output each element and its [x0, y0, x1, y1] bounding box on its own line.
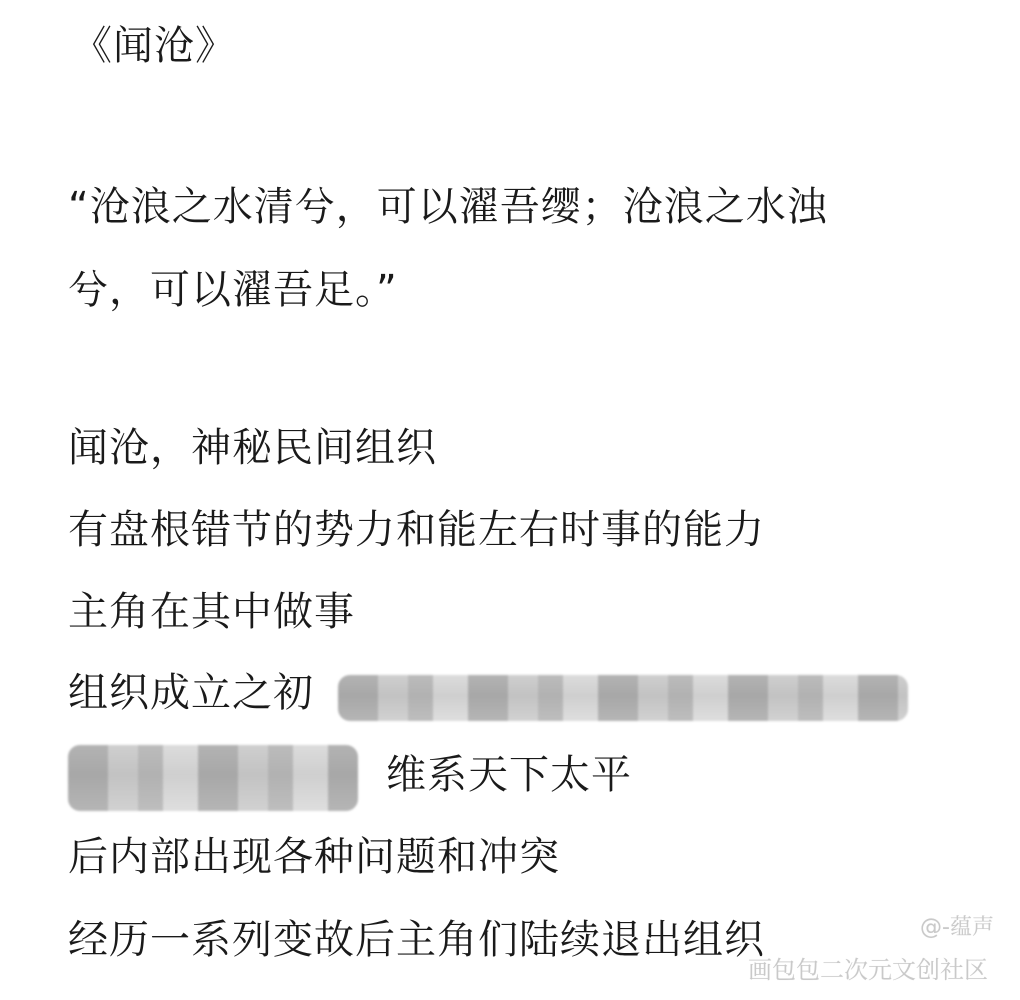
watermark-author: @-蕴声	[920, 910, 994, 941]
body-line: 后内部出现各种问题和冲突	[68, 833, 560, 881]
body-line: 闻沧，神秘民间组织	[68, 424, 437, 472]
body-line: 主角在其中做事	[68, 588, 355, 636]
body-line: 经历一系列变故后主角们陆续退出组织	[68, 916, 765, 964]
body-line: 有盘根错节的势力和能左右时事的能力	[68, 506, 765, 554]
document-title: 《闻沧》	[72, 22, 236, 70]
redacted-blur-2	[68, 745, 358, 811]
redacted-blur-1	[338, 675, 908, 721]
body-line: 组织成立之初	[68, 669, 314, 717]
quote-line-2: 兮，可以濯吾足。”	[68, 266, 398, 314]
watermark-site: 画包包二次元文创社区	[748, 950, 988, 985]
body-line: 维系天下太平	[386, 751, 632, 799]
quote-line-1: “沧浪之水清兮，可以濯吾缨；沧浪之水浊	[68, 183, 828, 231]
